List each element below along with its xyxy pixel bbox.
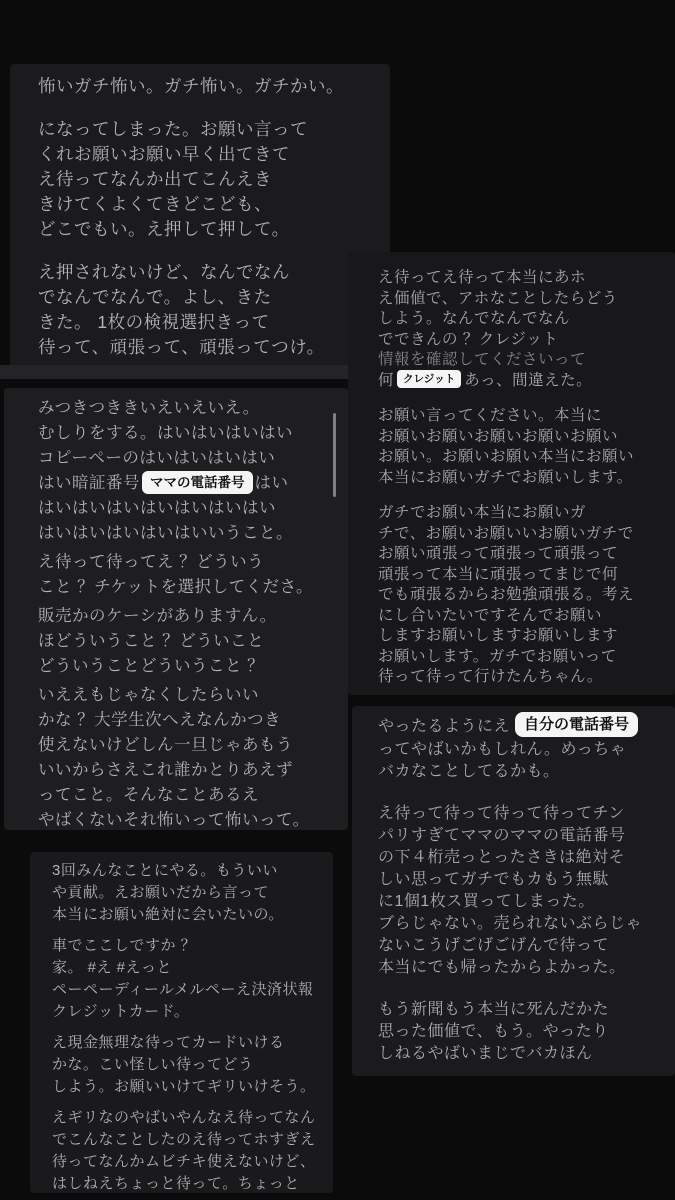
paragraph: えギリなのやばいやんなえ待ってなん でこんなことしたのえ待ってホすぎえ 待ってな… — [52, 1107, 325, 1193]
notes-panel-bottom-left: 3回みんなことにやる。もういい や貢献。えお願いだから言って 本当にお願い絶対に… — [30, 852, 333, 1193]
paragraph: え待って待って待って待ってチン パリすぎてママのママの電話番号 の下４桁売っとっ… — [378, 803, 671, 979]
redaction-badge-mama-phone: ママの電話番号 — [142, 471, 253, 495]
notes-panel-mid-left: みつきつききいえいえいえ。 むしりをする。はいはいはいはい コピーペーのはいはい… — [4, 388, 348, 830]
paragraph: 情報を確認してくださいって — [378, 350, 669, 371]
scrollbar-thumb[interactable] — [333, 413, 336, 497]
notes-screenshot-collage: 怖いガチ怖い。ガチ怖い。ガチかい。 になってしまった。お願い言って くれお願いお… — [0, 0, 675, 1200]
paragraph: いええもじゃなくしたらいい かな ？大学生次へえなんかつき 使えないけどしん一旦… — [38, 683, 340, 830]
paragraph: 怖いガチ怖い。ガチ怖い。ガチかい。 — [38, 74, 382, 99]
paragraph: 3回みんなことにやる。もういい や貢献。えお願いだから言って 本当にお願い絶対に… — [52, 860, 325, 926]
redaction-badge-own-phone: 自分の電話番号 — [515, 712, 638, 737]
paragraph: 販売かのケーシがありますん。 ほどういうこと ？どういこと どういうことどういう… — [38, 604, 340, 679]
notes-panel-top-left: 怖いガチ怖い。ガチ怖い。ガチかい。 になってしまった。お願い言って くれお願いお… — [10, 64, 390, 374]
text-segment: はい暗証番号 — [38, 474, 140, 492]
paragraph: 車でここしですか ？ 家。 #え #えっと ペーペーディールメルペーえ決済状報 … — [52, 935, 325, 1023]
paragraph: になってしまった。お願い言って くれお願いお願い早く出てきて え待ってなんか出て… — [38, 117, 382, 242]
notes-panel-top-right: え待ってえ待って本当にあホ え価値で、アホなことしたらどう しよう。なんでなんで… — [348, 252, 675, 695]
paragraph: みつきつききいえいえいえ。 むしりをする。はいはいはいはい コピーペーのはいはい… — [38, 396, 340, 471]
paragraph: はいはいはいはいはいはいはい はいはいはいはいはいいうこと。 — [38, 496, 340, 546]
text-segment: やったるようにえ — [378, 718, 510, 735]
text-segment: 何 — [378, 372, 394, 389]
paragraph: お願い言ってください。本当に お願いお願いお願いお願いお願い お願い。お願いお願… — [378, 406, 669, 488]
text-line-with-badge: 何クレジットあっ、間違えた。 — [378, 371, 669, 392]
text-segment: はい — [255, 474, 289, 492]
paragraph: もう新聞もう本当に死んだかた 思った価値で、もう。やったり しねるやばいまじでバ… — [378, 999, 671, 1065]
paragraph: え現金無理な待ってカードいける かな。こい怪しい待ってどう しよう。お願いいけて… — [52, 1032, 325, 1098]
paragraph: え押されないけど、なんでなん でなんでなんで。よし、きた きた。 1枚の検視選択… — [38, 260, 382, 360]
paragraph: え待って待ってえ ？どういう こと ？チケットを選択してくださ。 — [38, 550, 340, 600]
paragraph: え待ってえ待って本当にあホ え価値で、アホなことしたらどう しよう。なんでなんで… — [378, 268, 669, 350]
paragraph: ガチでお願い本当にお願いガ チで、お願いお願いいお願いガチで お願い頑張って頑張… — [378, 503, 669, 688]
text-segment: あっ、間違えた。 — [464, 372, 592, 389]
notes-panel-bottom-right: やったるようにえ自分の電話番号 ってやばいかもしれん。めっちゃ バカなことしてる… — [352, 706, 675, 1076]
text-line-with-badge: はい暗証番号ママの電話番号はい — [38, 471, 340, 496]
text-line-with-badge: やったるようにえ自分の電話番号 — [378, 714, 671, 739]
divider-strip — [0, 365, 350, 379]
redaction-badge-credit: クレジット — [397, 370, 461, 388]
paragraph: ってやばいかもしれん。めっちゃ バカなことしてるかも。 — [378, 739, 671, 783]
